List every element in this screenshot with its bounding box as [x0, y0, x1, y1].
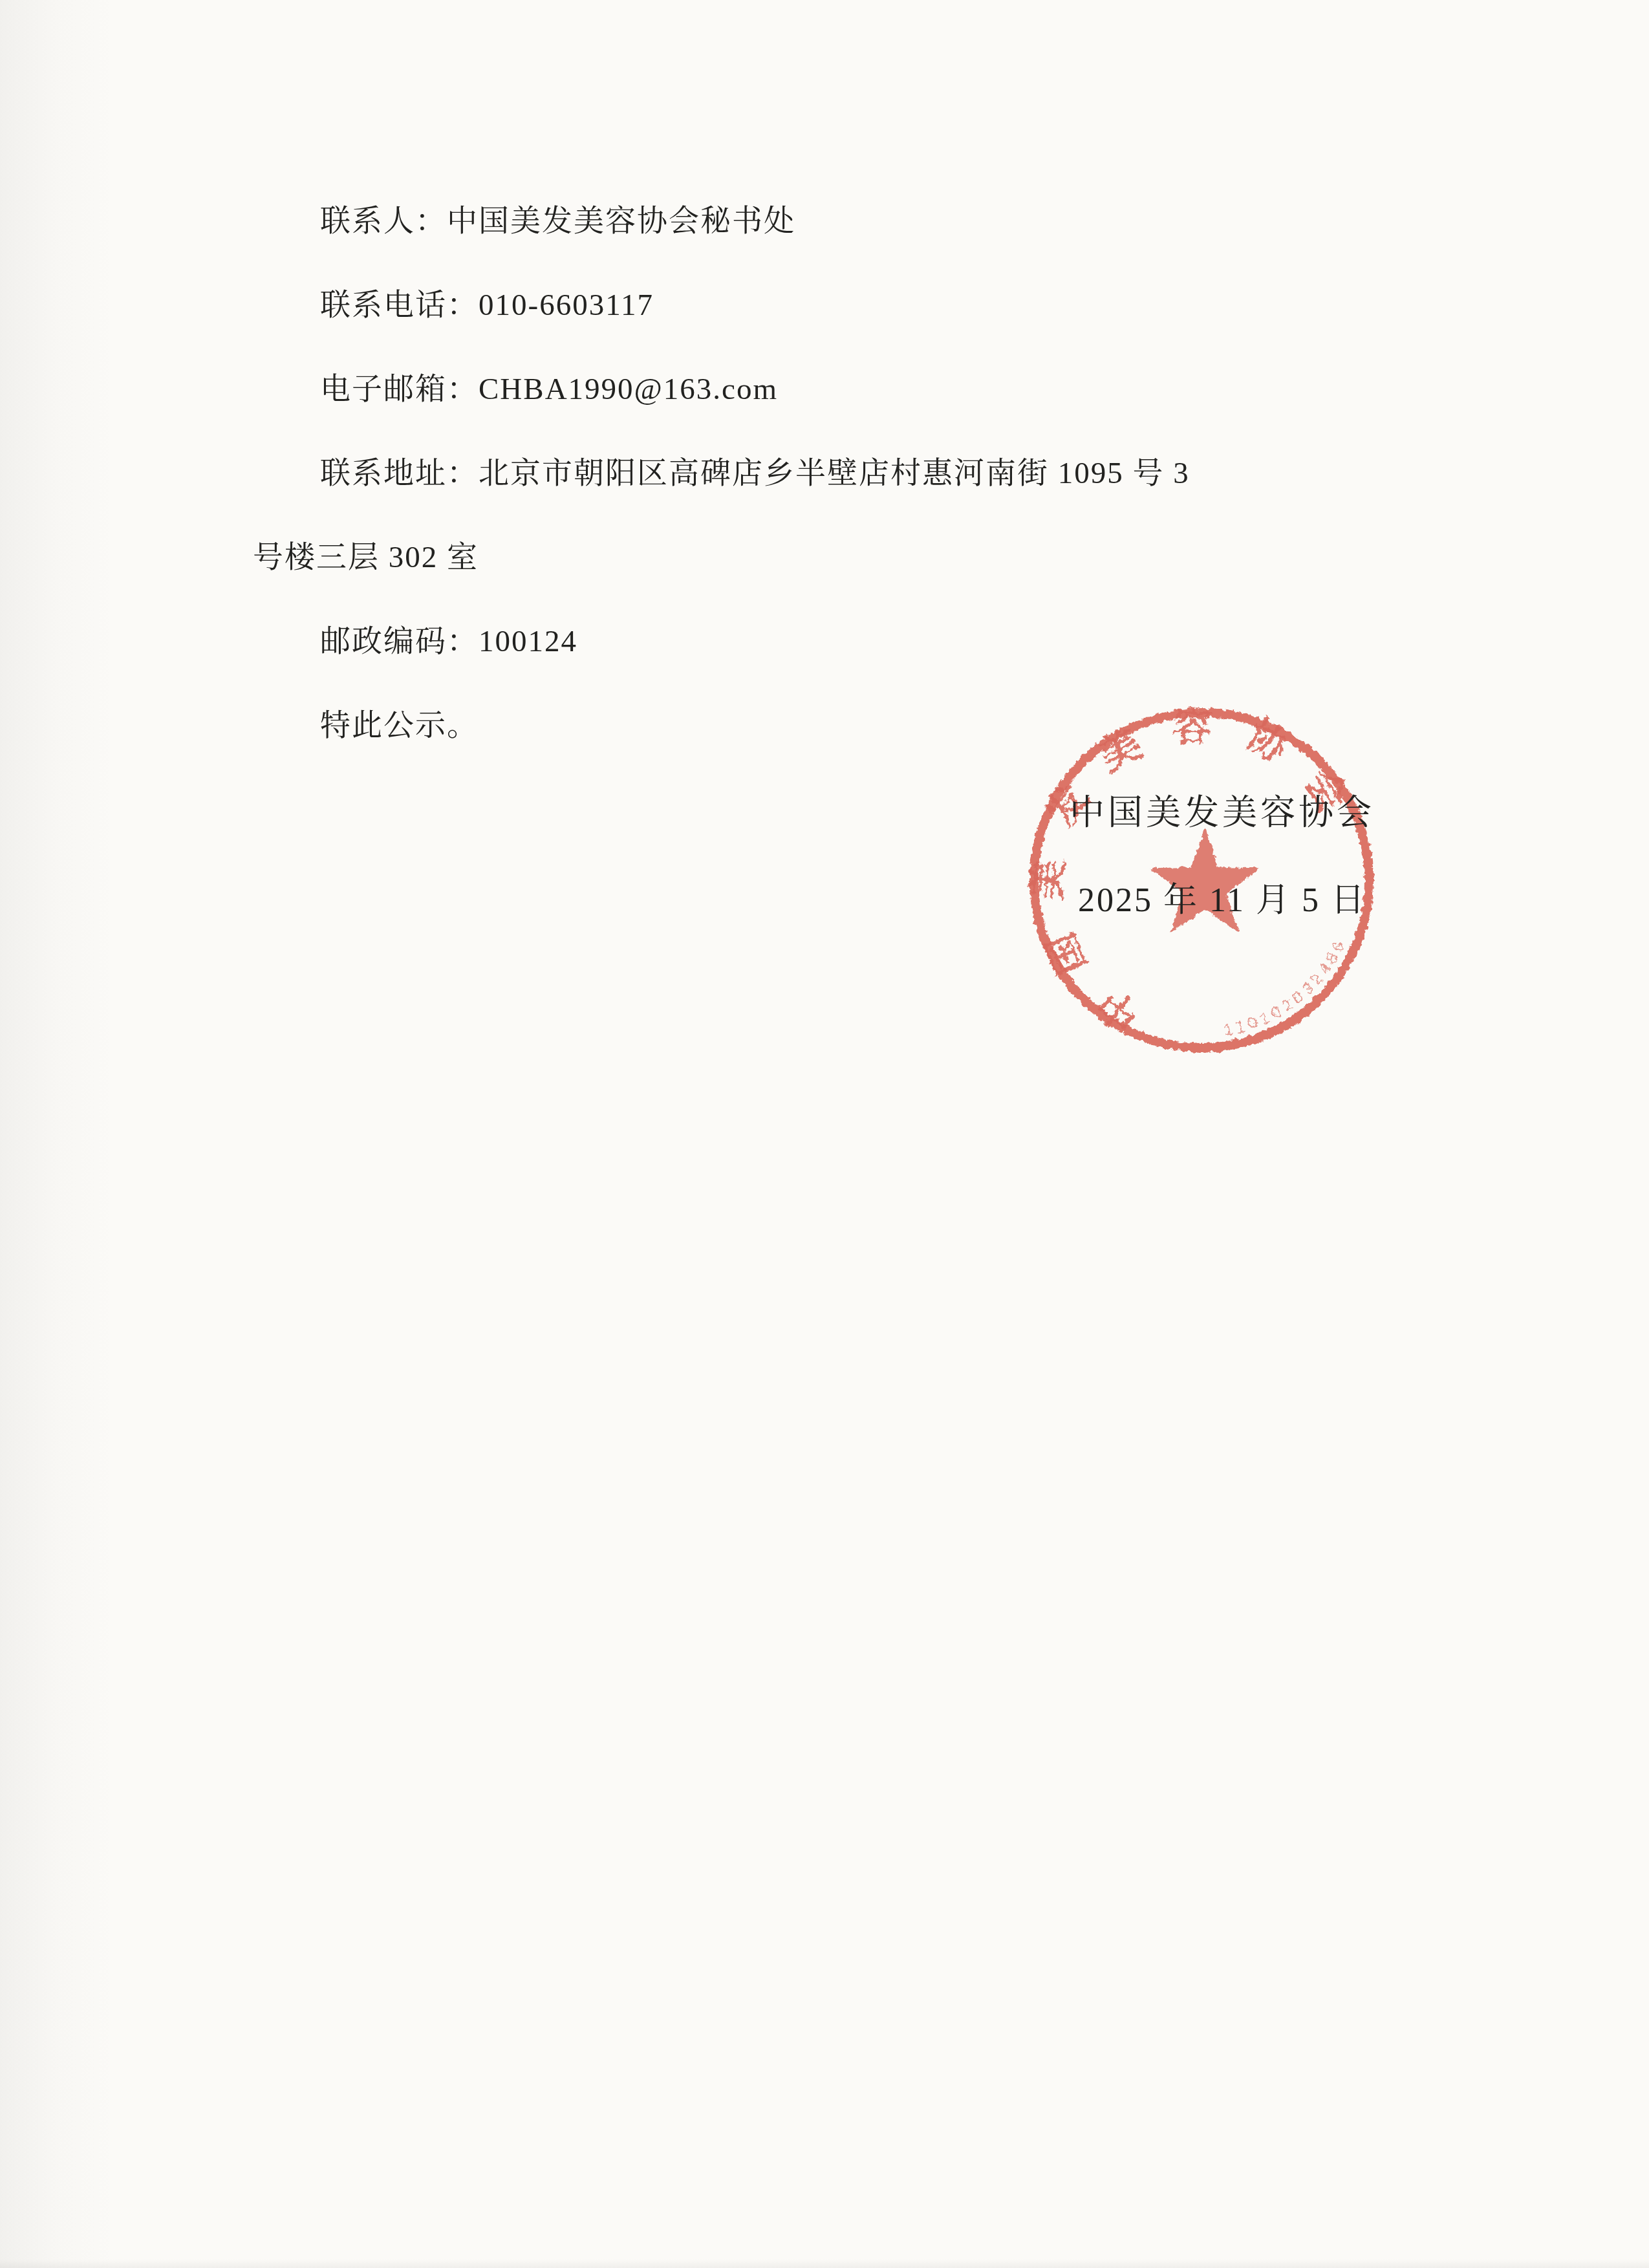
contact-address-line: 联系地址：北京市朝阳区高碑店乡半壁店村惠河南街 1095 号 3 — [253, 431, 1190, 515]
signature-date: 2025 年 11 月 5 日 — [1031, 878, 1413, 923]
contact-address-line-2: 号楼三层 302 室 — [253, 515, 1190, 599]
signature-block: 中国美发美容协会 2025 年 11 月 5 日 — [1031, 790, 1413, 923]
document-page: 联系人：中国美发美容协会秘书处 联系电话：010-6603117 电子邮箱：CH… — [0, 0, 1649, 2268]
postal-code-line: 邮政编码：100124 — [253, 599, 1190, 684]
closing-line: 特此公示。 — [253, 684, 1190, 768]
signature-org: 中国美发美容协会 — [1031, 790, 1413, 836]
contact-phone-line: 联系电话：010-6603117 — [253, 263, 1190, 347]
contact-info-block: 联系人：中国美发美容协会秘书处 联系电话：010-6603117 电子邮箱：CH… — [253, 179, 1190, 768]
contact-email-line: 电子邮箱：CHBA1990@163.com — [253, 347, 1190, 431]
contact-person-line: 联系人：中国美发美容协会秘书处 — [253, 179, 1190, 263]
